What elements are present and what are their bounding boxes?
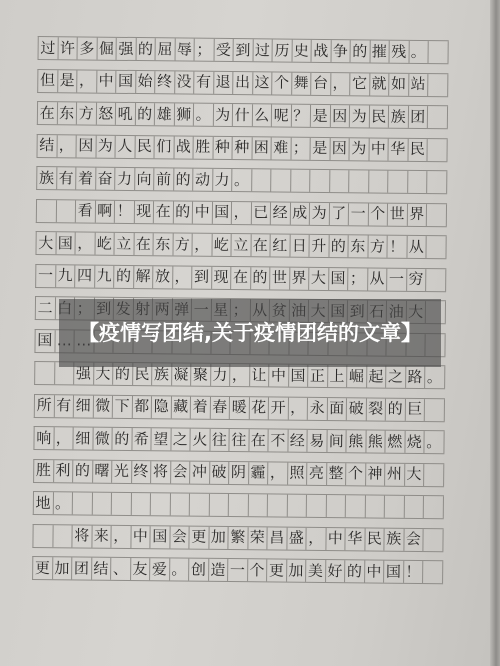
- grid-cell: ，: [54, 427, 74, 449]
- grid-cell: 二: [36, 297, 56, 319]
- grid-cell: 动: [193, 169, 213, 191]
- grid-cell: 。: [409, 41, 429, 63]
- grid-cell: 细: [73, 427, 93, 449]
- grid-cell: 啊: [95, 200, 115, 222]
- grid-line-row: 但是，中国始终没有退出这个舞台，它就如站: [37, 68, 448, 96]
- grid-cell: 有: [57, 167, 77, 189]
- grid-cell: 亮: [307, 462, 327, 484]
- grid-cell: 方: [77, 102, 97, 124]
- grid-cell: 美: [306, 560, 326, 582]
- grid-cell: 从: [368, 268, 388, 290]
- grid-cell: [429, 41, 449, 63]
- grid-cell: 解: [134, 266, 154, 288]
- grid-cell: 让: [250, 364, 270, 386]
- grid-cell: 民: [365, 528, 385, 550]
- grid-cell: 世: [270, 267, 290, 289]
- grid-cell: 会: [404, 528, 424, 550]
- grid-cell: 立: [114, 233, 134, 255]
- grid-line-row: 一九四九的解放，到现在的世界大国；从一穷: [35, 263, 446, 291]
- grid-cell: [37, 200, 57, 222]
- grid-cell: 摧: [370, 40, 390, 62]
- grid-cell: 造: [209, 559, 229, 581]
- grid-cell: 会: [170, 526, 190, 548]
- grid-line-row: 更加团结、友爱。创造一个更加美好的中国！: [32, 556, 443, 584]
- grid-cell: 经: [271, 202, 291, 224]
- grid-cell: 过: [39, 37, 59, 59]
- grid-cell: [56, 200, 76, 222]
- grid-line-row: 响，细微的希望之火往往在不经易间熊熊燃烧。: [33, 426, 444, 454]
- grid-cell: 东: [57, 102, 77, 124]
- grid-line-row: 在东方怒吼的雄狮。为什么呢？是因为民族团: [37, 101, 448, 129]
- grid-cell: 大: [405, 463, 425, 485]
- grid-cell: 国: [35, 329, 55, 351]
- grid-cell: 现: [212, 266, 232, 288]
- grid-cell: 中: [365, 560, 385, 582]
- grid-cell: 的: [329, 235, 349, 257]
- grid-cell: 胜: [193, 136, 213, 158]
- grid-cell: 族: [384, 528, 404, 550]
- grid-cell: 民: [408, 138, 428, 160]
- grid-cell: 细: [74, 395, 94, 417]
- grid-cell: 现: [134, 201, 154, 223]
- grid-cell: 日: [290, 235, 310, 257]
- grid-cell: 为: [96, 135, 116, 157]
- grid-line-row: 将来，中国会更加繁荣昌盛，中华民族会: [32, 523, 443, 551]
- grid-cell: 台: [311, 72, 331, 94]
- grid-cell: 历: [273, 39, 293, 61]
- grid-cell: 屹: [212, 234, 232, 256]
- grid-cell: 放: [153, 266, 173, 288]
- grid-cell: 是: [311, 105, 331, 127]
- grid-cell: 胜: [34, 459, 54, 481]
- grid-cell: 四: [75, 265, 95, 287]
- grid-cell: [268, 494, 288, 516]
- grid-cell: [424, 464, 444, 486]
- grid-cell: 为: [213, 104, 233, 126]
- grid-cell: 大: [309, 267, 329, 289]
- grid-cell: 奋: [96, 168, 116, 190]
- grid-cell: 种: [213, 136, 233, 158]
- grid-cell: 个: [272, 72, 292, 94]
- grid-cell: 团: [408, 106, 428, 128]
- grid-cell: 团: [72, 557, 92, 579]
- grid-cell: 崛: [347, 365, 367, 387]
- grid-cell: 如: [389, 73, 409, 95]
- grid-cell: 裂: [366, 398, 386, 420]
- grid-cell: 它: [350, 73, 370, 95]
- grid-cell: ，: [192, 234, 212, 256]
- grid-cell: 已: [251, 202, 271, 224]
- grid-cell: 在: [251, 234, 271, 256]
- grid-cell: 的: [345, 560, 365, 582]
- grid-cell: 是: [310, 137, 330, 159]
- grid-cell: 为: [350, 105, 370, 127]
- grid-line-row: 胜利的曙光终将会冲破阴霾，照亮整个神州大: [33, 458, 444, 486]
- grid-cell: 是: [58, 70, 78, 92]
- grid-cell: 但: [38, 70, 58, 92]
- grid-cell: 更: [33, 557, 53, 579]
- grid-cell: 霾: [249, 462, 269, 484]
- grid-cell: 将: [151, 461, 171, 483]
- grid-cell: 易: [307, 430, 327, 452]
- grid-cell: 更: [267, 559, 287, 581]
- grid-cell: [291, 170, 311, 192]
- grid-cell: 中: [131, 526, 151, 548]
- grid-cell: 中: [269, 364, 289, 386]
- grid-cell: 熊: [346, 430, 366, 452]
- grid-cell: 为: [349, 138, 369, 160]
- grid-cell: 中: [326, 528, 346, 550]
- grid-cell: 加: [53, 557, 73, 579]
- grid-cell: 有: [194, 71, 214, 93]
- grid-cell: 的: [174, 168, 194, 190]
- grid-cell: [427, 139, 447, 161]
- grid-cell: 站: [409, 73, 429, 95]
- grid-cell: ，: [230, 364, 250, 386]
- grid-cell: 友: [131, 558, 151, 580]
- grid-cell: 面: [327, 398, 347, 420]
- grid-cell: [427, 171, 447, 193]
- grid-cell: [131, 493, 151, 515]
- grid-cell: 民: [135, 136, 155, 158]
- grid-cell: 花: [249, 397, 269, 419]
- grid-cell: 往: [229, 429, 249, 451]
- grid-cell: [349, 170, 369, 192]
- grid-cell: 在: [134, 233, 154, 255]
- grid-cell: 升: [309, 235, 329, 257]
- grid-cell: 结: [38, 135, 58, 157]
- grid-cell: 一: [36, 264, 56, 286]
- grid-cell: 正: [308, 365, 328, 387]
- grid-cell: [428, 74, 448, 96]
- grid-cell: 退: [214, 71, 234, 93]
- grid-cell: 上: [328, 365, 348, 387]
- grid-cell: [408, 171, 428, 193]
- grid-cell: 在: [38, 102, 58, 124]
- grid-cell: 的: [251, 267, 271, 289]
- grid-cell: 民: [369, 105, 389, 127]
- grid-cell: 着: [191, 396, 211, 418]
- grid-cell: 不: [268, 429, 288, 451]
- grid-cell: 阴: [229, 462, 249, 484]
- grid-cell: [33, 524, 53, 546]
- grid-cell: 倔: [97, 38, 117, 60]
- grid-cell: 盛: [287, 527, 307, 549]
- grid-cell: 受: [214, 39, 234, 61]
- grid-cell: 华: [388, 138, 408, 160]
- grid-cell: 残: [390, 41, 410, 63]
- grid-cell: 强: [117, 38, 137, 60]
- grid-cell: 。: [170, 558, 190, 580]
- grid-cell: 战: [174, 136, 194, 158]
- grid-cell: 呢: [272, 104, 292, 126]
- grid-cell: [426, 236, 446, 258]
- grid-cell: 这: [253, 72, 273, 94]
- grid-cell: 。: [194, 104, 214, 126]
- grid-cell: 没: [175, 71, 195, 93]
- grid-cell: 的: [136, 38, 156, 60]
- grid-cell: 往: [210, 429, 230, 451]
- title-overlay-banner: 【疫情写团结,关于疫情团结的文章】: [59, 299, 441, 367]
- grid-cell: 成: [290, 202, 310, 224]
- grid-cell: 藏: [171, 396, 191, 418]
- grid-cell: 一: [349, 203, 369, 225]
- grid-cell: 地: [34, 492, 54, 514]
- grid-cell: 怒: [96, 103, 116, 125]
- grid-cell: 雄: [155, 103, 175, 125]
- grid-cell: [35, 362, 55, 384]
- grid-cell: 战: [312, 40, 332, 62]
- grid-cell: 的: [114, 265, 134, 287]
- grid-cell: 加: [209, 526, 229, 548]
- grid-cell: 光: [112, 460, 132, 482]
- grid-cell: 神: [366, 463, 386, 485]
- grid-line-row: 结，因为人民们战胜种种困难；是因为中华民: [36, 133, 447, 161]
- grid-cell: [73, 492, 93, 514]
- grid-cell: 。: [425, 366, 445, 388]
- grid-cell: 们: [155, 136, 175, 158]
- grid-cell: 方: [173, 233, 193, 255]
- grid-cell: ，: [288, 397, 308, 419]
- grid-cell: 的: [73, 460, 93, 482]
- grid-cell: 好: [326, 560, 346, 582]
- grid-cell: 多: [78, 37, 98, 59]
- grid-cell: 九: [56, 265, 76, 287]
- grid-cell: 力: [213, 169, 233, 191]
- grid-cell: 人: [116, 135, 136, 157]
- grid-cell: 的: [351, 40, 371, 62]
- grid-cell: [112, 493, 132, 515]
- grid-line-row: 地。: [33, 491, 444, 519]
- grid-cell: 希: [132, 428, 152, 450]
- grid-cell: 的: [173, 201, 193, 223]
- grid-cell: 个: [248, 559, 268, 581]
- grid-cell: 整: [327, 463, 347, 485]
- grid-cell: 春: [210, 396, 230, 418]
- grid-cell: 个: [346, 463, 366, 485]
- grid-cell: [423, 529, 443, 551]
- grid-cell: 来: [92, 525, 112, 547]
- grid-cell: 燃: [385, 431, 405, 453]
- grid-cell: ！: [115, 200, 135, 222]
- grid-cell: 在: [231, 267, 251, 289]
- grid-cell: 立: [231, 234, 251, 256]
- grid-cell: 中: [193, 201, 213, 223]
- grid-cell: 利: [54, 460, 74, 482]
- grid-cell: ，: [331, 73, 351, 95]
- grid-cell: [310, 170, 330, 192]
- grid-cell: 什: [233, 104, 253, 126]
- grid-cell: 个: [368, 203, 388, 225]
- grid-cell: ？: [291, 105, 311, 127]
- grid-cell: 所: [35, 394, 55, 416]
- grid-cell: 爱: [150, 558, 170, 580]
- grid-cell: 照: [288, 462, 308, 484]
- grid-cell: 在: [154, 201, 174, 223]
- grid-cell: 国: [212, 201, 232, 223]
- grid-cell: 的: [386, 398, 406, 420]
- grid-cell: 因: [330, 105, 350, 127]
- grid-cell: 种: [232, 137, 252, 159]
- grid-cell: [209, 494, 229, 516]
- grid-cell: 屈: [156, 38, 176, 60]
- grid-cell: [92, 493, 112, 515]
- grid-cell: 难: [271, 137, 291, 159]
- grid-cell: 。: [424, 431, 444, 453]
- grid-cell: 国: [56, 232, 76, 254]
- grid-cell: 火: [190, 429, 210, 451]
- grid-cell: [369, 170, 389, 192]
- grid-cell: [425, 399, 445, 421]
- grid-cell: [151, 493, 171, 515]
- grid-cell: 到: [192, 266, 212, 288]
- grid-cell: 国: [116, 70, 136, 92]
- grid-cell: 争: [331, 40, 351, 62]
- grid-cell: 国: [384, 561, 404, 583]
- grid-cell: [229, 494, 249, 516]
- grid-cell: 始: [136, 71, 156, 93]
- grid-cell: 起: [367, 365, 387, 387]
- grid-cell: 东: [348, 235, 368, 257]
- grid-cell: 从: [407, 236, 427, 258]
- grid-cell: 有: [54, 395, 74, 417]
- grid-cell: [248, 494, 268, 516]
- grid-cell: 界: [290, 267, 310, 289]
- grid-cell: 永: [308, 397, 328, 419]
- grid-cell: [426, 269, 446, 291]
- grid-cell: 过: [253, 39, 273, 61]
- grid-cell: ！: [404, 561, 424, 583]
- grid-cell: 破: [210, 461, 230, 483]
- grid-cell: [252, 169, 272, 191]
- grid-cell: 开: [269, 397, 289, 419]
- grid-cell: 一: [228, 559, 248, 581]
- grid-cell: 昌: [267, 527, 287, 549]
- grid-cell: 终: [132, 461, 152, 483]
- grid-cell: 终: [155, 71, 175, 93]
- grid-cell: 结: [92, 558, 112, 580]
- grid-cell: 下: [113, 395, 133, 417]
- grid-cell: 在: [249, 429, 269, 451]
- grid-cell: 将: [72, 525, 92, 547]
- grid-cell: [404, 496, 424, 518]
- grid-cell: 国: [150, 526, 170, 548]
- grid-cell: 大: [36, 232, 56, 254]
- grid-cell: 熊: [366, 430, 386, 452]
- grid-cell: 穷: [407, 268, 427, 290]
- grid-line-row: 过许多倔强的屈辱；受到过历史战争的摧残。: [38, 36, 449, 64]
- grid-cell: 破: [347, 398, 367, 420]
- grid-cell: 方: [368, 235, 388, 257]
- grid-cell: 中: [369, 138, 389, 160]
- grid-cell: [330, 170, 350, 192]
- grid-cell: 舞: [292, 72, 312, 94]
- grid-cell: 史: [292, 40, 312, 62]
- grid-cell: 力: [211, 364, 231, 386]
- grid-line-row: 大国，屹立在东方，屹立在红日升的东方！从: [35, 231, 446, 259]
- grid-cell: ，: [111, 525, 131, 547]
- grid-cell: 中: [97, 70, 117, 92]
- grid-cell: 屹: [95, 233, 115, 255]
- grid-cell: 族: [389, 106, 409, 128]
- grid-cell: [326, 495, 346, 517]
- grid-cell: 一: [387, 268, 407, 290]
- grid-cell: 荣: [248, 527, 268, 549]
- grid-cell: 巨: [405, 398, 425, 420]
- grid-cell: 更: [189, 526, 209, 548]
- grid-cell: 繁: [228, 527, 248, 549]
- grid-cell: 向: [135, 168, 155, 190]
- grid-line-row: 看啊！现在的中国，已经成为了一个世界: [36, 198, 447, 226]
- grid-cell: 的: [112, 428, 132, 450]
- grid-cell: 。: [232, 169, 252, 191]
- grid-cell: ；: [291, 137, 311, 159]
- grid-cell: [287, 495, 307, 517]
- grid-cell: [385, 496, 405, 518]
- grid-cell: 国: [329, 268, 349, 290]
- grid-cell: 红: [270, 234, 290, 256]
- grid-cell: ；: [195, 39, 215, 61]
- grid-cell: 前: [154, 168, 174, 190]
- grid-cell: [427, 204, 447, 226]
- grid-cell: 会: [171, 461, 191, 483]
- grid-cell: 族: [37, 167, 57, 189]
- grid-cell: [346, 495, 366, 517]
- grid-cell: [271, 169, 291, 191]
- grid-cell: 响: [34, 427, 54, 449]
- grid-cell: 到: [234, 39, 254, 61]
- grid-cell: [388, 171, 408, 193]
- grid-cell: 因: [330, 138, 350, 160]
- grid-cell: 就: [370, 73, 390, 95]
- grid-cell: ；: [348, 268, 368, 290]
- grid-cell: 之: [171, 428, 191, 450]
- grid-cell: [365, 495, 385, 517]
- grid-cell: 隐: [152, 396, 172, 418]
- grid-cell: [170, 493, 190, 515]
- grid-cell: 么: [252, 104, 272, 126]
- grid-cell: 力: [115, 168, 135, 190]
- grid-cell: [423, 561, 443, 583]
- grid-cell: 暖: [230, 397, 250, 419]
- grid-cell: 加: [287, 560, 307, 582]
- grid-cell: 曙: [93, 460, 113, 482]
- grid-cell: 经: [288, 430, 308, 452]
- grid-cell: [428, 106, 448, 128]
- grid-cell: [190, 494, 210, 516]
- grid-cell: 着: [76, 167, 96, 189]
- grid-cell: 狮: [174, 103, 194, 125]
- grid-cell: 世: [388, 203, 408, 225]
- grid-cell: 。: [53, 492, 73, 514]
- grid-cell: ，: [57, 135, 77, 157]
- grid-cell: 之: [386, 366, 406, 388]
- grid-line-row: 所有细微下都隐藏着春暖花开，永面破裂的巨: [34, 393, 445, 421]
- page-edge-shadow: [490, 0, 500, 666]
- grid-cell: ！: [387, 236, 407, 258]
- grid-cell: 路: [406, 366, 426, 388]
- grid-cell: 出: [233, 72, 253, 94]
- grid-cell: 微: [93, 428, 113, 450]
- grid-cell: 辱: [175, 38, 195, 60]
- grid-cell: 冲: [190, 461, 210, 483]
- grid-cell: ，: [77, 70, 97, 92]
- grid-cell: ，: [232, 202, 252, 224]
- article-title: 【疫情写团结,关于疫情团结的文章】: [59, 319, 441, 347]
- grid-cell: 华: [345, 528, 365, 550]
- grid-cell: 东: [153, 233, 173, 255]
- grid-cell: 微: [93, 395, 113, 417]
